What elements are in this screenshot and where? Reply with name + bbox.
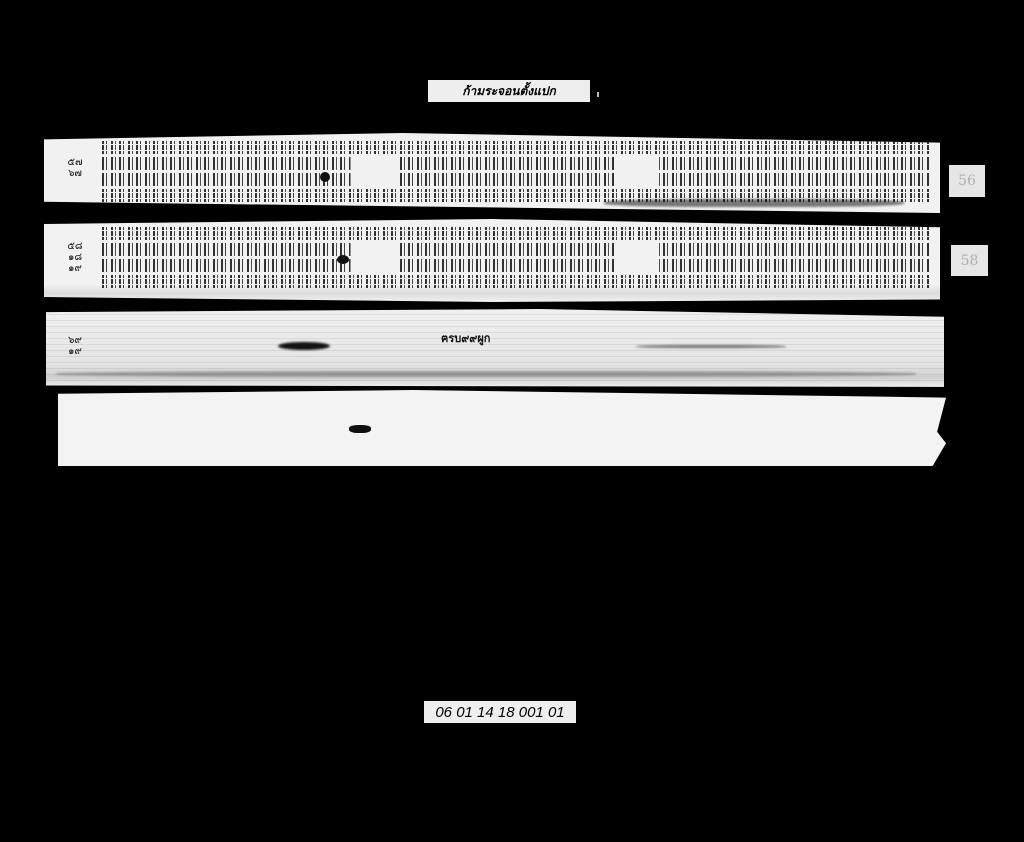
- script-line: [102, 227, 930, 240]
- script-line: [102, 259, 930, 272]
- leaf-3-caption: ฅรบ๙๙ผูก: [441, 329, 490, 347]
- palm-leaf-3: ๖๙ ๑๙ ฅรบ๙๙ผูก: [46, 309, 944, 387]
- script-line: [102, 157, 930, 170]
- page-tag-56: 56: [949, 165, 985, 197]
- archive-id-label: 06 01 14 18 001 01: [424, 701, 576, 723]
- stain: [636, 345, 786, 348]
- scan-mark: [597, 92, 599, 97]
- margin-number: ๑๙: [64, 263, 86, 274]
- page-tag-58: 58: [951, 245, 988, 276]
- archive-id-text: 06 01 14 18 001 01: [435, 704, 564, 721]
- script-line: [102, 275, 930, 288]
- margin-number: ๖๙: [64, 335, 86, 346]
- binding-hole: [320, 172, 330, 182]
- leaf-1-page-number: ๕๗ ๖๗: [64, 157, 86, 179]
- script-line: [102, 243, 930, 256]
- title-label: ก้ามระจอนตั้งแปก: [428, 80, 590, 102]
- palm-leaf-1: ๕๗ ๖๗: [44, 133, 940, 213]
- margin-number: ๑๙: [64, 346, 86, 357]
- binding-hole: [349, 425, 371, 433]
- stain: [604, 199, 904, 207]
- title-text: ก้ามระจอนตั้งแปก: [462, 82, 556, 101]
- leaf-2-text-block: [102, 225, 930, 291]
- palm-leaf-4: [58, 390, 946, 466]
- margin-number: ๕๗: [64, 157, 86, 168]
- script-line: [102, 173, 930, 186]
- leaf-3-page-number: ๖๙ ๑๙: [64, 335, 86, 357]
- binding-hole: [278, 342, 330, 350]
- script-line: [102, 141, 930, 154]
- margin-number: ๑๘: [64, 252, 86, 263]
- palm-leaf-2: ๕๘ ๑๘ ๑๙: [44, 219, 940, 302]
- binding-hole: [337, 255, 349, 264]
- stain: [56, 371, 916, 377]
- margin-number: ๖๗: [64, 168, 86, 179]
- margin-number: ๕๘: [64, 241, 86, 252]
- tag-text: 56: [958, 173, 976, 189]
- leaf-1-text-block: [102, 139, 930, 205]
- leaf-2-page-number: ๕๘ ๑๘ ๑๙: [64, 241, 86, 274]
- tag-text: 58: [961, 253, 979, 269]
